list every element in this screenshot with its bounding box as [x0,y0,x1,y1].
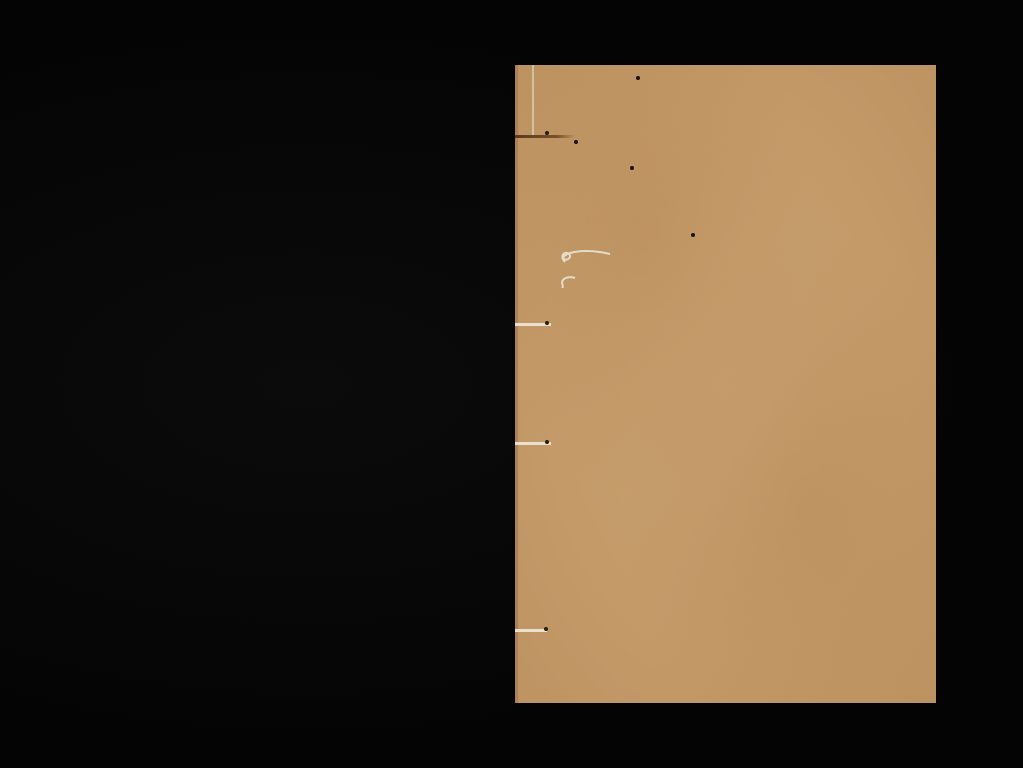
wormhole-spot [574,140,578,144]
wormhole-spot [636,76,640,80]
binding-hole [545,440,549,444]
binding-hole [545,321,549,325]
cover-tear [515,135,575,138]
binding-stitch [515,629,547,632]
loose-thread-loop [555,248,615,288]
binding-thread-top [532,65,534,135]
book-cover [515,65,936,703]
spine-edge [515,65,518,703]
binding-hole [544,627,548,631]
wormhole-spot [630,166,634,170]
binding-hole [545,131,549,135]
wormhole-spot [691,233,695,237]
